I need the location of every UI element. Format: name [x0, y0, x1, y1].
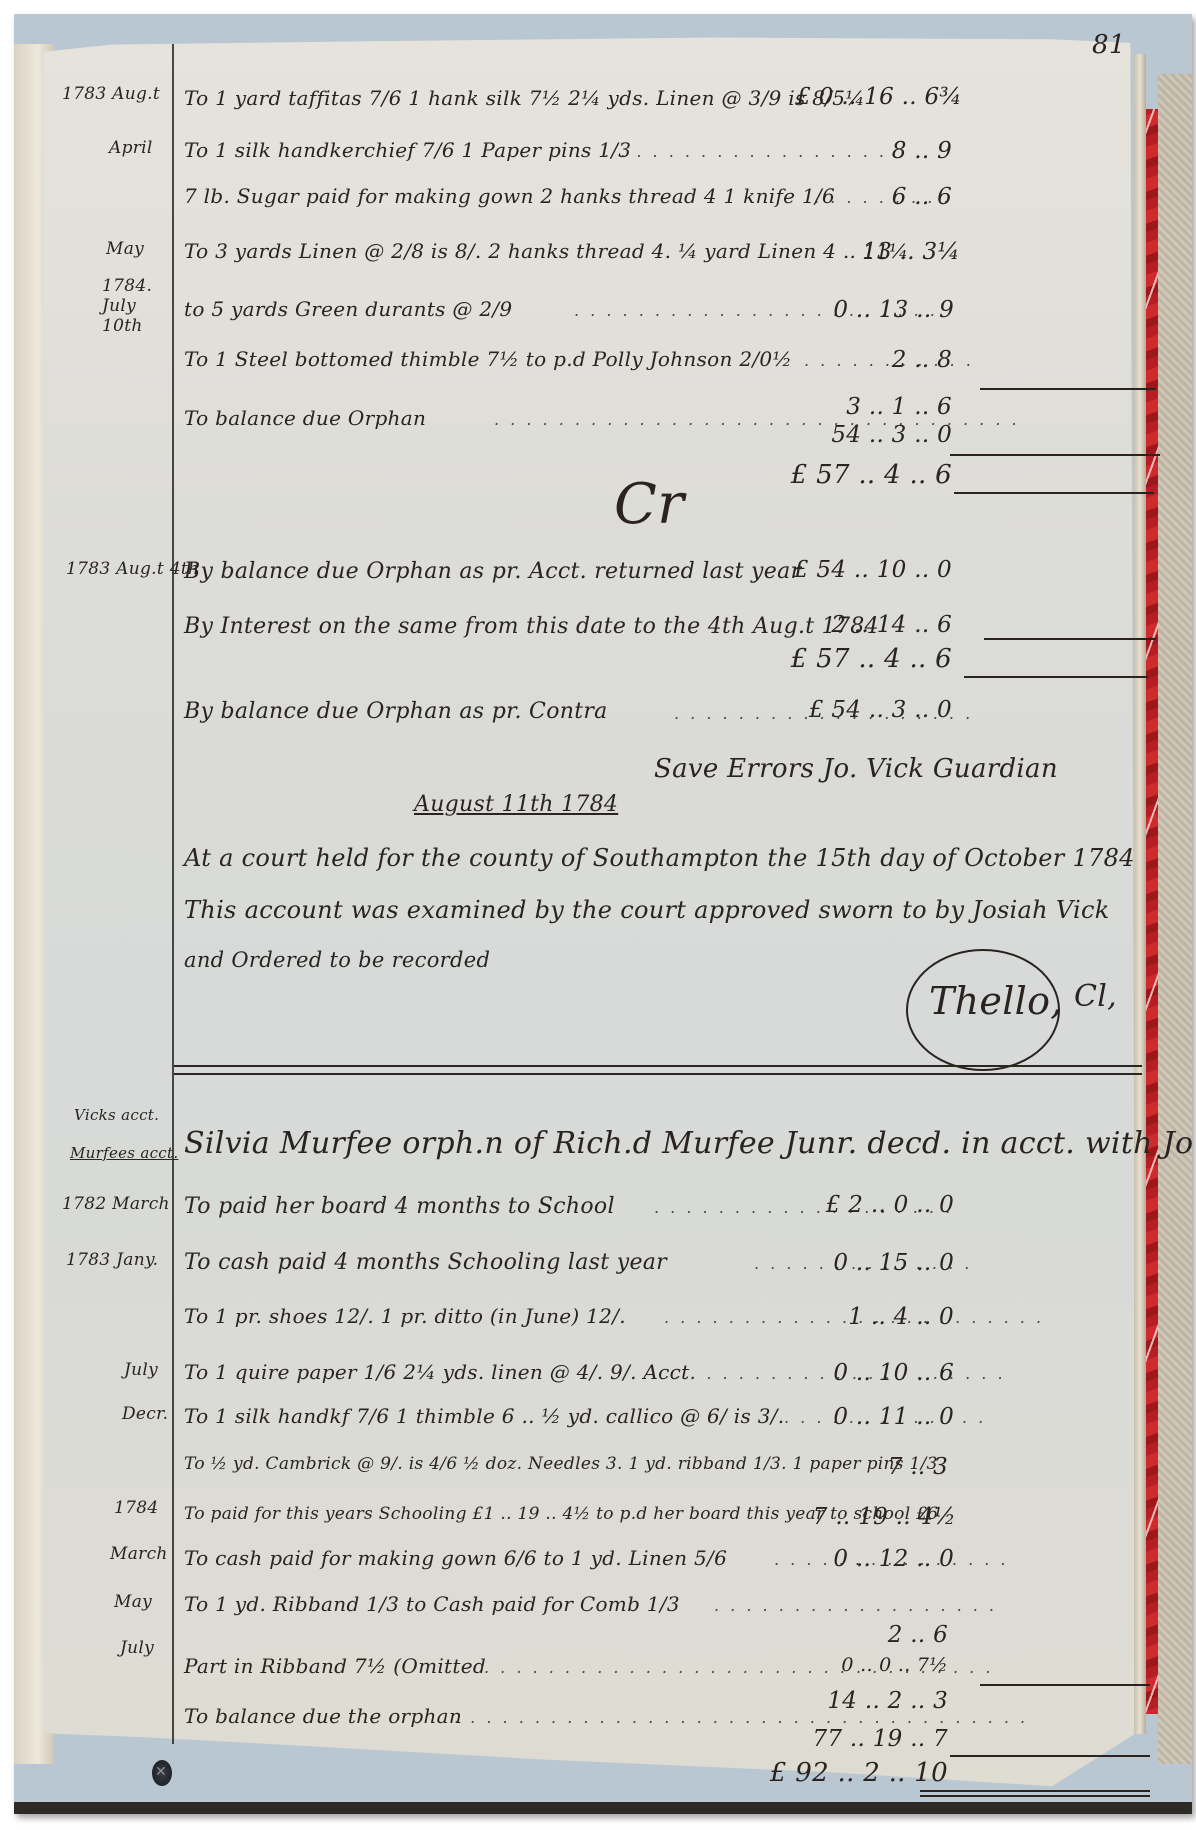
carried-amount: £ 54 .. 3 .. 0 [809, 697, 952, 723]
entry-description: To paid her board 4 months to School [184, 1194, 615, 1219]
entry-amount: 0 .. 15 .. 0 [833, 1250, 954, 1276]
entry-amount: 0 .. 11 .. 0 [833, 1404, 954, 1430]
entry-amount: 0 .. 0 .. 7½ [841, 1654, 948, 1676]
entry-description: To 1 silk handkerchief 7/6 1 Paper pins … [184, 138, 631, 162]
court-line-3: and Ordered to be recorded [184, 948, 490, 972]
clerk-signature: Thello, [929, 979, 1063, 1023]
entry-amount: 7 .. 3 [888, 1454, 948, 1480]
screw-head-icon: ✕ [155, 1764, 167, 1780]
clerk-suffix: Cl, [1074, 979, 1117, 1014]
court-line-1: At a court held for the county of Southa… [184, 844, 1135, 872]
total-double-rule [954, 492, 1154, 494]
total-rule [950, 1755, 1150, 1757]
subtotal-rule [980, 1684, 1150, 1686]
entry-amount: 2 .. 14 .. 6 [831, 612, 952, 638]
entry-date: 1783 Jany. [66, 1250, 158, 1270]
leader-dots: . . . . . . . . . . . . . . . . . . [714, 1596, 997, 1615]
entry-date: 1784. July 10th [102, 276, 172, 336]
subtotal-rule [980, 388, 1156, 390]
binding-rivet: ✕ [152, 1760, 172, 1786]
entry-description: To ½ yd. Cambrick @ 9/. is 4/6 ½ doz. Ne… [184, 1454, 938, 1474]
account-title: Silvia Murfee orph.n of Rich.d Murfee Ju… [184, 1126, 1192, 1161]
credit-heading: Cr [614, 472, 684, 537]
entry-date: March [110, 1544, 168, 1564]
leader-dots: . . . . . . . . . . . . . . . . . . . . … [454, 1708, 1028, 1727]
section-total: £ 92 .. 2 .. 10 [770, 1758, 948, 1788]
entry-amount: £ 0 .. 16 .. 6¾ [796, 84, 962, 110]
entry-description: To cash paid for making gown 6/6 to 1 yd… [184, 1546, 727, 1570]
entry-description: To cash paid 4 months Schooling last yea… [184, 1250, 667, 1275]
total-double-rule [920, 1795, 1150, 1797]
entry-amount: 7 .. 19 .. 4½ [813, 1504, 956, 1530]
court-line-2: This account was examined by the court a… [184, 896, 1110, 924]
entry-date: July [120, 1638, 154, 1658]
entry-date: April [109, 138, 153, 158]
page-number: 81 [1092, 30, 1126, 60]
entry-description: To 1 pr. shoes 12/. 1 pr. ditto (in June… [184, 1304, 626, 1328]
entry-amount: 2 .. 6 [888, 1622, 948, 1648]
entry-amount: 6 .. 6 [892, 184, 952, 210]
entry-description: To 1 Steel bottomed thimble 7½ to p.d Po… [184, 347, 792, 371]
entry-amount: 0 .. 13 .. 9 [833, 297, 954, 323]
total-double-rule [964, 676, 1148, 678]
entry-description: By balance due Orphan as pr. Acct. retur… [184, 559, 801, 584]
entry-amount: 1 .. 4 .. 0 [848, 1304, 954, 1330]
entry-date: July [124, 1360, 158, 1380]
balance-amount: 54 .. 3 .. 0 [831, 422, 952, 448]
page-stack-edge [1134, 54, 1146, 1734]
attestation-date: August 11th 1784 [414, 792, 618, 817]
photo-shadow-bar [14, 1802, 1192, 1814]
total-rule [984, 638, 1156, 640]
section-total: £ 57 .. 4 .. 6 [791, 460, 952, 490]
entry-date: 1784 [114, 1498, 158, 1518]
entry-description: to 5 yards Green durants @ 2/9 [184, 297, 512, 321]
entry-amount: £ 54 .. 10 .. 0 [794, 557, 952, 583]
entry-amount: 0 .. 10 .. 6 [833, 1360, 954, 1386]
entry-description: To 1 yd. Ribband 1/3 to Cash paid for Co… [184, 1592, 680, 1616]
entry-amount: 13 .. 3¼ [862, 239, 960, 265]
entry-date: Decr. [122, 1404, 168, 1424]
total-rule [950, 454, 1160, 456]
entry-date: May [106, 239, 144, 259]
entry-date: May [114, 1592, 152, 1612]
entry-description: To 1 quire paper 1/6 2¼ yds. linen @ 4/.… [184, 1360, 696, 1384]
guardian-signature: Save Errors Jo. Vick Guardian [654, 754, 1058, 784]
margin-note: Vicks acct. [74, 1106, 159, 1124]
section-divider [174, 1065, 1142, 1075]
entry-date: 1783 Aug.t [62, 84, 160, 104]
entry-amount: 0 .. 12 .. 0 [833, 1546, 954, 1572]
balance-description: To balance due Orphan [184, 406, 426, 430]
margin-rule [172, 44, 174, 1744]
section-total: £ 57 .. 4 .. 6 [791, 644, 952, 674]
balance-amount: 77 .. 19 .. 7 [812, 1726, 948, 1752]
entry-amount: 2 .. 8 [892, 347, 952, 373]
total-double-rule [920, 1790, 1150, 1792]
balance-description: To balance due the orphan [184, 1704, 462, 1728]
entry-amount: £ 2 .. 0 .. 0 [826, 1192, 954, 1218]
entry-amount: 8 .. 9 [892, 138, 952, 164]
book-cloth-cover [1158, 74, 1192, 1764]
entry-description: To 1 silk handkf 7/6 1 thimble 6 .. ½ yd… [184, 1404, 784, 1428]
entry-description: By Interest on the same from this date t… [184, 614, 879, 639]
entry-description: Part in Ribband 7½ (Omitted [184, 1654, 486, 1678]
entry-description: 7 lb. Sugar paid for making gown 2 hanks… [184, 184, 835, 208]
ledger-photo: 81 1783 Aug.t To 1 yard taffitas 7/6 1 h… [14, 14, 1192, 1814]
entry-date: 1782 March [62, 1194, 170, 1214]
leader-dots: . . . . . . . . . . . . . . . . . . [604, 142, 887, 161]
entry-description: To 1 yard taffitas 7/6 1 hank silk 7½ 2¼… [184, 86, 865, 110]
entry-description: To 3 yards Linen @ 2/8 is 8/. 2 hanks th… [184, 239, 909, 263]
margin-note: Murfees acct. [70, 1144, 178, 1162]
entry-date: 1783 Aug.t 4th [66, 559, 199, 579]
carried-description: By balance due Orphan as pr. Contra [184, 699, 608, 724]
